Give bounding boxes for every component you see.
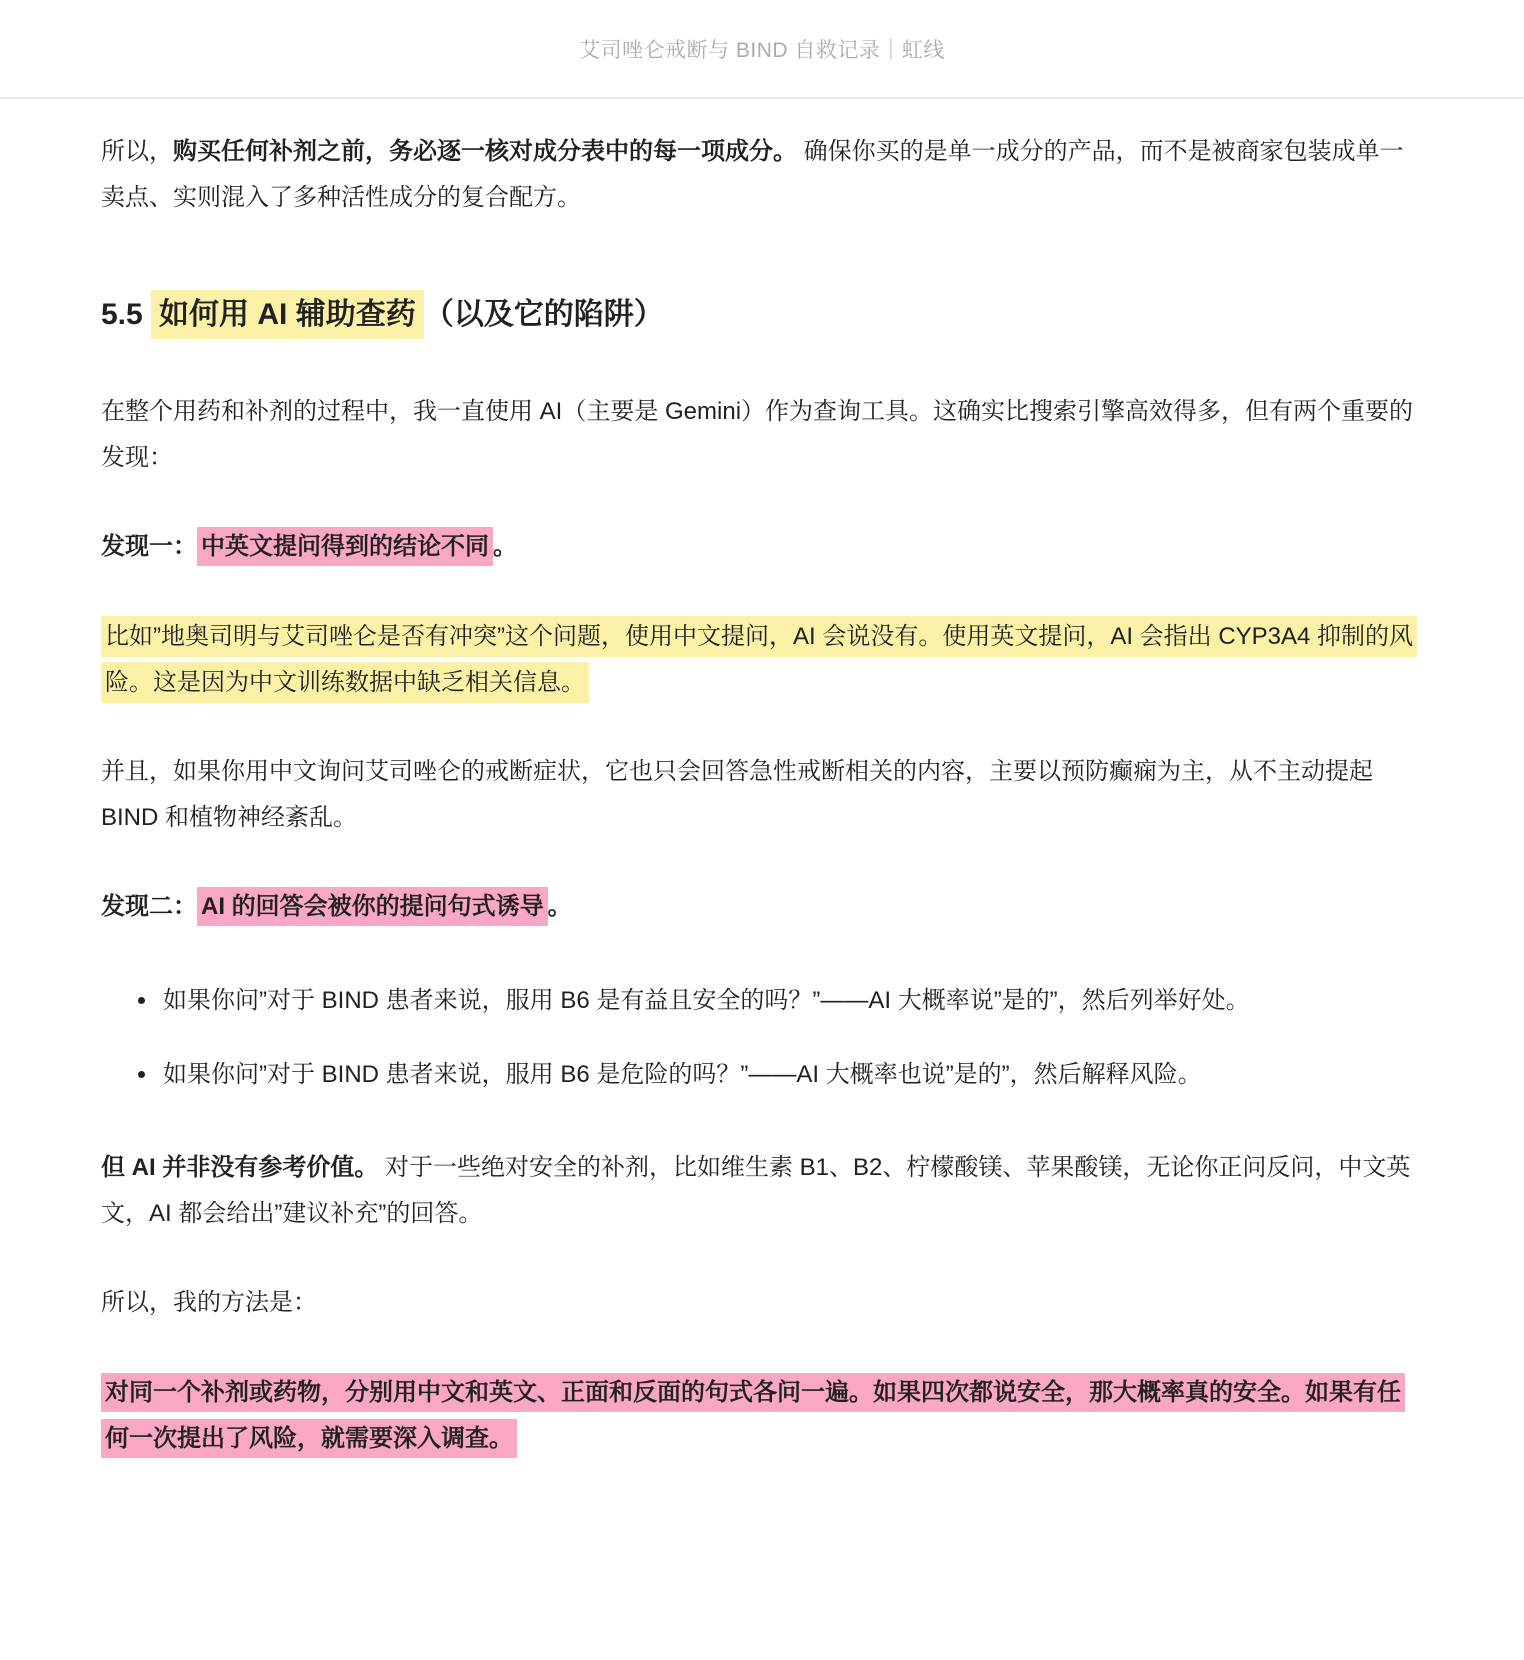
finding-two-line: 发现二：AI 的回答会被你的提问句式诱导。 [101, 884, 1423, 930]
paragraph-ai-usage: 在整个用药和补剂的过程中，我一直使用 AI（主要是 Gemini）作为查询工具。… [101, 389, 1423, 480]
paragraph-ai-value: 但 AI 并非没有参考价值。 对于一些绝对安全的补剂，比如维生素 B1、B2、柠… [101, 1145, 1423, 1236]
finding-one-label: 发现一： [101, 533, 197, 560]
paragraph-intro: 所以，购买任何补剂之前，务必逐一核对成分表中的每一项成分。 确保你买的是单一成分… [101, 129, 1423, 220]
page-title: 艾司唑仑戒断与 BIND 自救记录｜虹线 [579, 34, 945, 64]
paragraph-withdrawal: 并且，如果你用中文询问艾司唑仑的戒断症状，它也只会回答急性戒断相关的内容，主要以… [101, 749, 1423, 840]
finding-one-pink-highlight: 中英文提问得到的结论不同 [197, 527, 493, 566]
document-page: 艾司唑仑戒断与 BIND 自救记录｜虹线 所以，购买任何补剂之前，务必逐一核对成… [0, 0, 1524, 1515]
intro-prefix: 所以， [101, 138, 173, 165]
heading-suffix: （以及它的陷阱） [424, 298, 664, 331]
bullet-list: 如果你问”对于 BIND 患者来说，服用 B6 是有益且安全的吗？”——AI 大… [101, 978, 1423, 1097]
intro-bold-text: 购买任何补剂之前，务必逐一核对成分表中的每一项成分。 [173, 138, 797, 165]
list-item: 如果你问”对于 BIND 患者来说，服用 B6 是有益且安全的吗？”——AI 大… [159, 978, 1423, 1024]
yellow-highlight-text: 比如”地奥司明与艾司唑仑是否有冲突”这个问题，使用中文提问，AI 会说没有。使用… [101, 616, 1417, 703]
article-content: 所以，购买任何补剂之前，务必逐一核对成分表中的每一项成分。 确保你买的是单一成分… [101, 99, 1423, 1515]
heading-yellow-highlight: 如何用 AI 辅助查药 [151, 290, 424, 339]
finding-two-suffix: 。 [548, 893, 572, 920]
finding-two-pink-highlight: AI 的回答会被你的提问句式诱导 [197, 887, 548, 926]
list-item: 如果你问”对于 BIND 患者来说，服用 B6 是危险的吗？”——AI 大概率也… [159, 1052, 1423, 1098]
section-heading: 5.5 如何用 AI 辅助查药（以及它的陷阱） [101, 292, 1423, 337]
paragraph-method-intro: 所以，我的方法是： [101, 1280, 1423, 1326]
page-header: 艾司唑仑戒断与 BIND 自救记录｜虹线 [0, 0, 1524, 99]
method-pink-highlight: 对同一个补剂或药物，分别用中文和英文、正面和反面的句式各问一遍。如果四次都说安全… [101, 1373, 1405, 1458]
finding-two-label: 发现二： [101, 893, 197, 920]
paragraph-yellow-example: 比如”地奥司明与艾司唑仑是否有冲突”这个问题，使用中文提问，AI 会说没有。使用… [101, 614, 1423, 705]
finding-one-line: 发现一：中英文提问得到的结论不同。 [101, 524, 1423, 570]
paragraph-method-pink: 对同一个补剂或药物，分别用中文和英文、正面和反面的句式各问一遍。如果四次都说安全… [101, 1370, 1423, 1461]
finding-one-suffix: 。 [493, 533, 517, 560]
ai-value-bold: 但 AI 并非没有参考价值。 [101, 1154, 378, 1181]
section-number: 5.5 [101, 298, 151, 331]
